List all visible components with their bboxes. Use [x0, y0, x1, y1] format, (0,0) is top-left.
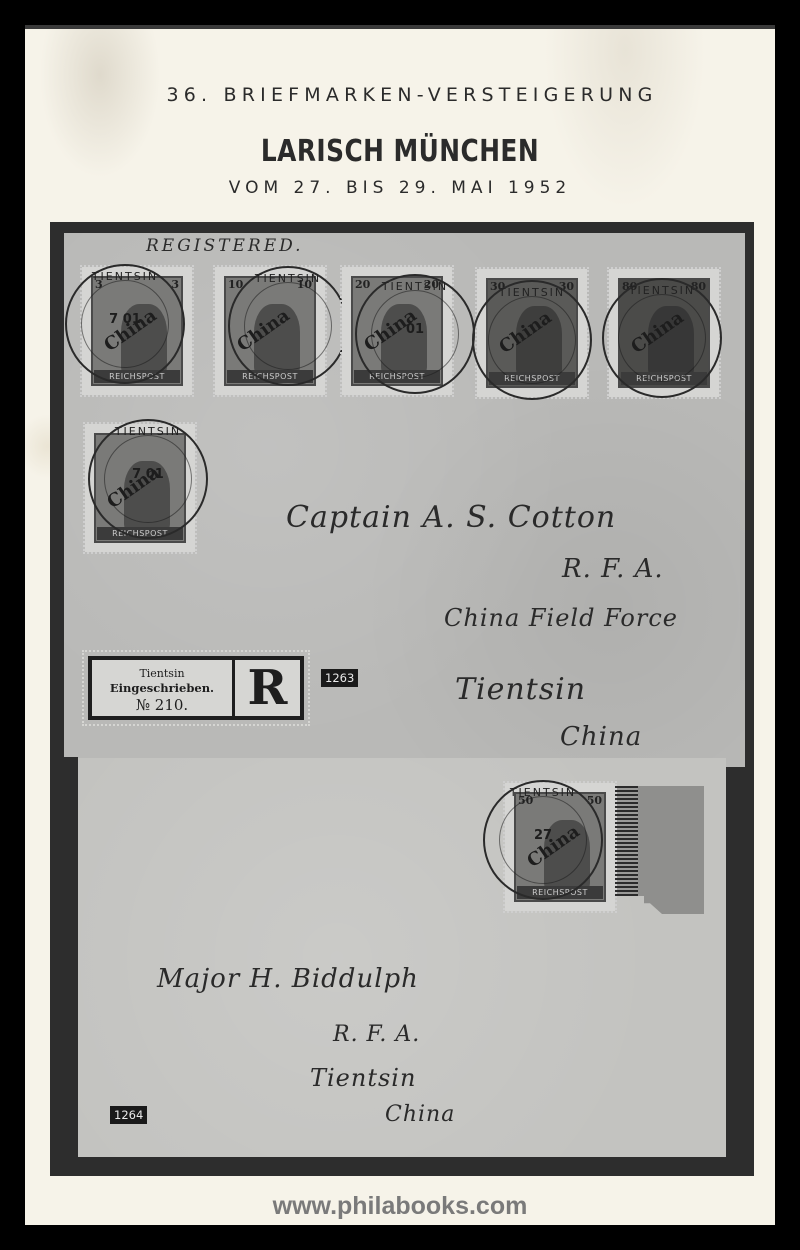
address-line: China [385, 1102, 455, 1127]
postmark-cancel: TIENTSIN7 01 [65, 264, 185, 384]
frame-notch [64, 757, 78, 769]
address-line: Tientsin [455, 672, 586, 707]
registration-number: № 210. [92, 696, 232, 714]
auction-house: LARISCH MÜNCHEN [32, 134, 768, 169]
cover-top-edge [25, 25, 775, 29]
address-line: Captain A. S. Cotton [286, 500, 616, 535]
address-line: China Field Force [444, 604, 678, 632]
auction-dates: VOM 27. BIS 29. MAI 1952 [0, 178, 800, 198]
address-line: Tientsin [310, 1064, 416, 1092]
postmark-town: TIENTSIN [474, 286, 590, 299]
postmark-cancel: TIENTSIN [228, 266, 348, 386]
registration-label-text: Tientsin Eingeschrieben. № 210. [92, 660, 235, 716]
postmark-inner-ring [488, 296, 576, 384]
registration-label: Tientsin Eingeschrieben. № 210. R [88, 656, 304, 720]
postmark-town: TIENTSIN [357, 280, 473, 293]
postmark-date: 7 01 [90, 467, 206, 482]
postmark-cancel: TIENTSIN [602, 278, 722, 398]
postmark-cancel: TIENTSIN27 [483, 780, 603, 900]
sheet-margin-selvage [612, 786, 704, 896]
address-line: Major H. Biddulph [157, 964, 419, 994]
postmark-date: 01 [357, 322, 473, 337]
postmark-cancel: TIENTSIN7 01 [88, 419, 208, 539]
postmark-inner-ring [244, 282, 332, 370]
registered-annotation: REGISTERED. [146, 236, 304, 256]
postmark-cancel: TIENTSIN01 [355, 274, 475, 394]
address-line: China [560, 722, 642, 752]
postmark-town: TIENTSIN [90, 425, 206, 438]
auction-title: 36. BRIEFMARKEN-VERSTEIGERUNG [12, 84, 800, 106]
website-watermark: www.philabooks.com [0, 1192, 800, 1221]
postmark-inner-ring [618, 294, 706, 382]
address-line: R. F. A. [333, 1022, 420, 1047]
lot-number-badge: 1263 [321, 669, 358, 687]
postmark-date: 27 [485, 828, 601, 843]
postmark-town: TIENTSIN [67, 270, 183, 283]
address-line: R. F. A. [562, 554, 664, 584]
postmark-cancel: TIENTSIN [472, 280, 592, 400]
registration-city: Tientsin [92, 667, 232, 680]
postmark-date: 7 01 [67, 312, 183, 327]
selvage-perforation [612, 786, 638, 896]
postmark-town: TIENTSIN [604, 284, 720, 297]
postmark-town: TIENTSIN [485, 786, 601, 799]
registration-r-letter: R [235, 660, 300, 716]
registration-type: Eingeschrieben. [92, 681, 232, 695]
postmark-town: TIENTSIN [230, 272, 346, 285]
lot-number-badge: 1264 [110, 1106, 147, 1124]
